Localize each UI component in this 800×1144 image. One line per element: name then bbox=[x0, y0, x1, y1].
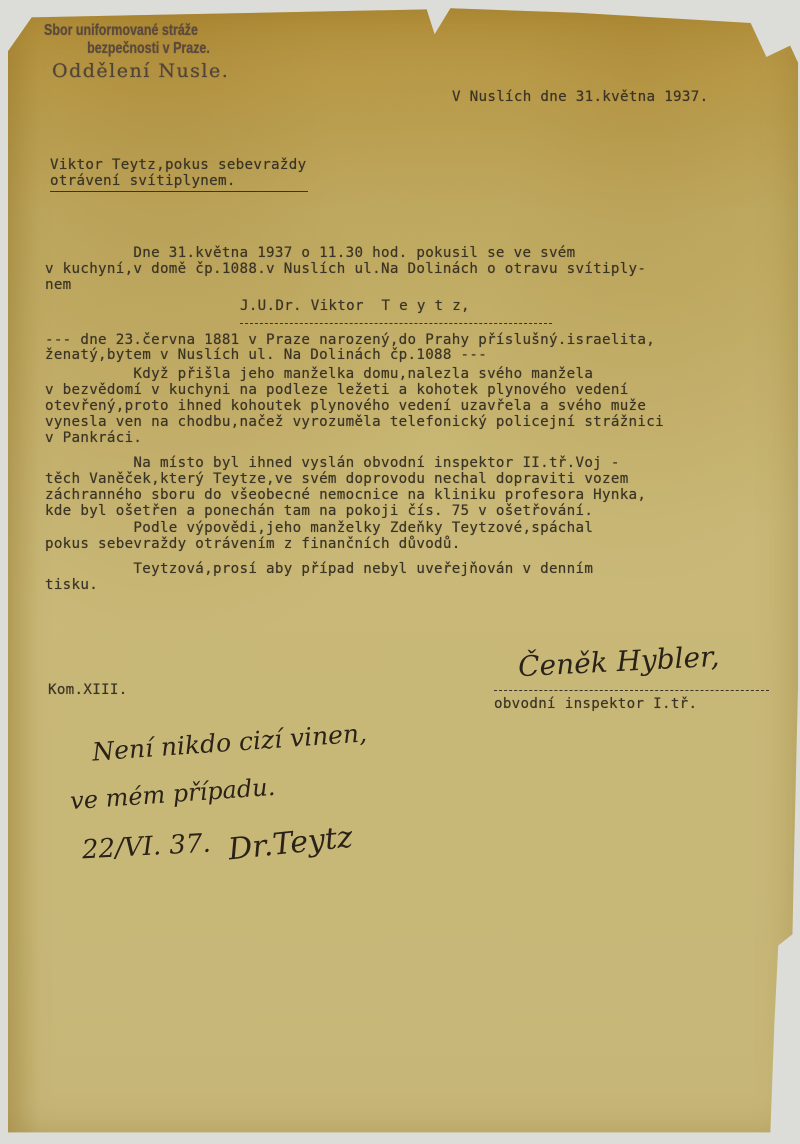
dateline: V Nuslích dne 31.května 1937. bbox=[452, 90, 708, 105]
subject-line-1: Viktor Teytz,pokus sebevraždy bbox=[50, 158, 306, 173]
body-line: otevřený,proto ihned kohoutek plynového … bbox=[45, 399, 646, 414]
subject-underline bbox=[50, 191, 308, 192]
subject-line-2: otrávení svítiplynem. bbox=[50, 174, 236, 189]
body-line: nem bbox=[45, 278, 72, 293]
body-line: Podle výpovědi,jeho manželky Zdeňky Teyt… bbox=[45, 521, 593, 536]
body-line: Na místo byl ihned vyslán obvodní inspek… bbox=[45, 456, 620, 471]
stamp-line-2: bezpečnosti v Praze. bbox=[87, 40, 222, 58]
body-line: kde byl ošetřen a ponechán tam na pokoji… bbox=[45, 504, 593, 519]
body-line: Když přišla jeho manželka domu,nalezla s… bbox=[45, 367, 593, 382]
signature-dash-line bbox=[494, 690, 769, 691]
signatory-title: obvodní inspektor I.tř. bbox=[494, 697, 697, 712]
stamp-line-1: Sbor uniformované stráže bbox=[44, 22, 198, 40]
body-line: pokus sebevraždy otrávením z finančních … bbox=[45, 537, 461, 552]
body-line: těch Vaněček,který Teytze,ve svém doprov… bbox=[45, 472, 629, 487]
name-dash-underline bbox=[240, 323, 552, 324]
person-name: J.U.Dr. Viktor T e y t z, bbox=[240, 299, 470, 314]
body-line: Dne 31.května 1937 o 11.30 hod. pokusil … bbox=[45, 246, 576, 261]
body-line: ženatý,bytem v Nuslích ul. Na Dolinách č… bbox=[45, 348, 487, 363]
stamp-line-3: Oddělení Nusle. bbox=[52, 60, 241, 82]
body-line: vynesla ven na chodbu,načež vyrozuměla t… bbox=[45, 415, 664, 430]
commissariat-code: Kom.XIII. bbox=[48, 683, 128, 698]
body-line: v kuchyní,v domě čp.1088.v Nuslích ul.Na… bbox=[45, 262, 646, 277]
body-line: --- dne 23.června 1881 v Praze narozený,… bbox=[45, 333, 655, 348]
body-line: záchranného sboru do všeobecné nemocnice… bbox=[45, 488, 646, 503]
body-line: v Pankráci. bbox=[45, 431, 142, 446]
body-line: Teytzová,prosí aby případ nebyl uveřejňo… bbox=[45, 562, 593, 577]
body-line: tisku. bbox=[45, 578, 98, 593]
department-stamp: Sbor uniformované stráže bezpečnosti v P… bbox=[44, 22, 241, 82]
body-line: v bezvědomí v kuchyni na podleze ležeti … bbox=[45, 383, 629, 398]
